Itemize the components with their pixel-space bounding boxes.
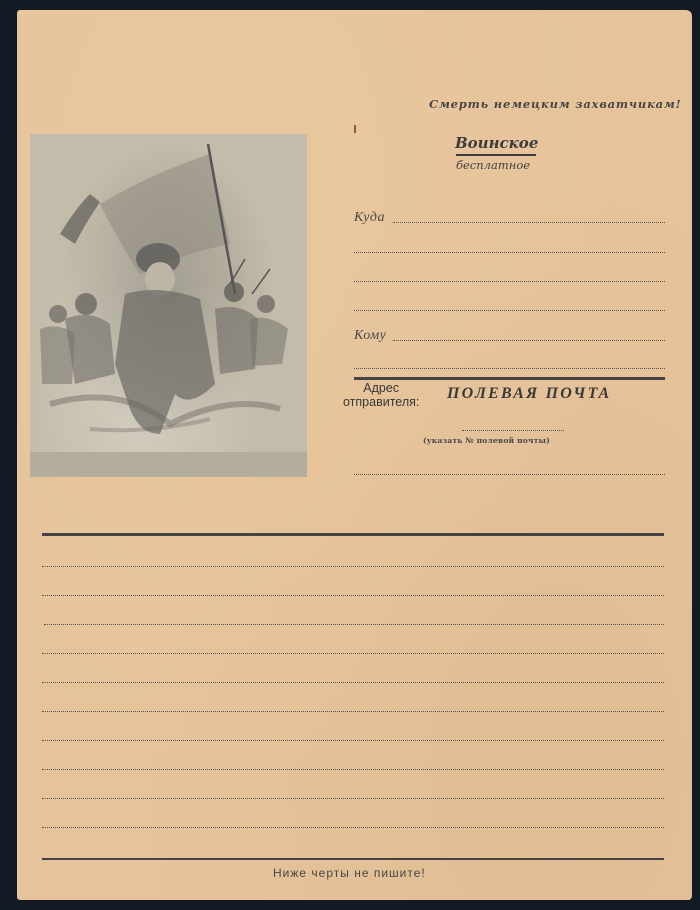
field-post-hint: (указать № полевой почты)	[423, 436, 550, 445]
field-post-number-field[interactable]	[462, 430, 564, 431]
field-post-title: ПОЛЕВАЯ ПОЧТА	[447, 385, 611, 403]
stamp-underline	[456, 154, 536, 156]
letter-top-rule	[42, 533, 664, 536]
sender-label: Адрес отправителя:	[343, 381, 419, 409]
letter-line[interactable]	[42, 595, 664, 596]
recipient-line-2[interactable]	[354, 368, 665, 369]
to-where-field[interactable]	[393, 222, 665, 223]
letter-line[interactable]	[42, 740, 664, 741]
do-not-write-below-note: Ниже черты не пишите!	[273, 866, 426, 880]
to-whom-label: Кому	[354, 328, 386, 344]
letter-line[interactable]	[42, 711, 664, 712]
address-divider	[354, 377, 665, 380]
letter-line[interactable]	[42, 566, 664, 567]
to-where-label: Куда	[354, 210, 385, 226]
letter-line[interactable]	[44, 624, 664, 625]
address-line-3[interactable]	[354, 281, 665, 282]
letter-line[interactable]	[42, 653, 664, 654]
to-whom-field[interactable]	[393, 340, 665, 341]
drawing-icon	[30, 134, 307, 477]
letter-line[interactable]	[42, 827, 664, 828]
stamp-military-label: Воинское	[455, 134, 538, 152]
letter-line[interactable]	[42, 682, 664, 683]
letter-line[interactable]	[42, 769, 664, 770]
bottom-rule	[42, 858, 664, 860]
tick-mark	[354, 125, 356, 133]
address-line-4[interactable]	[354, 310, 665, 311]
stamp-free-label: бесплатное	[456, 158, 530, 172]
sender-label-line2: отправителя:	[343, 395, 419, 409]
sender-line[interactable]	[354, 474, 665, 475]
soldiers-banner-illustration	[30, 134, 307, 477]
slogan-text: Смерть немецким захватчикам!	[429, 97, 681, 111]
address-line-2[interactable]	[354, 252, 665, 253]
letter-line[interactable]	[42, 798, 664, 799]
sender-label-line1: Адрес	[343, 381, 419, 395]
